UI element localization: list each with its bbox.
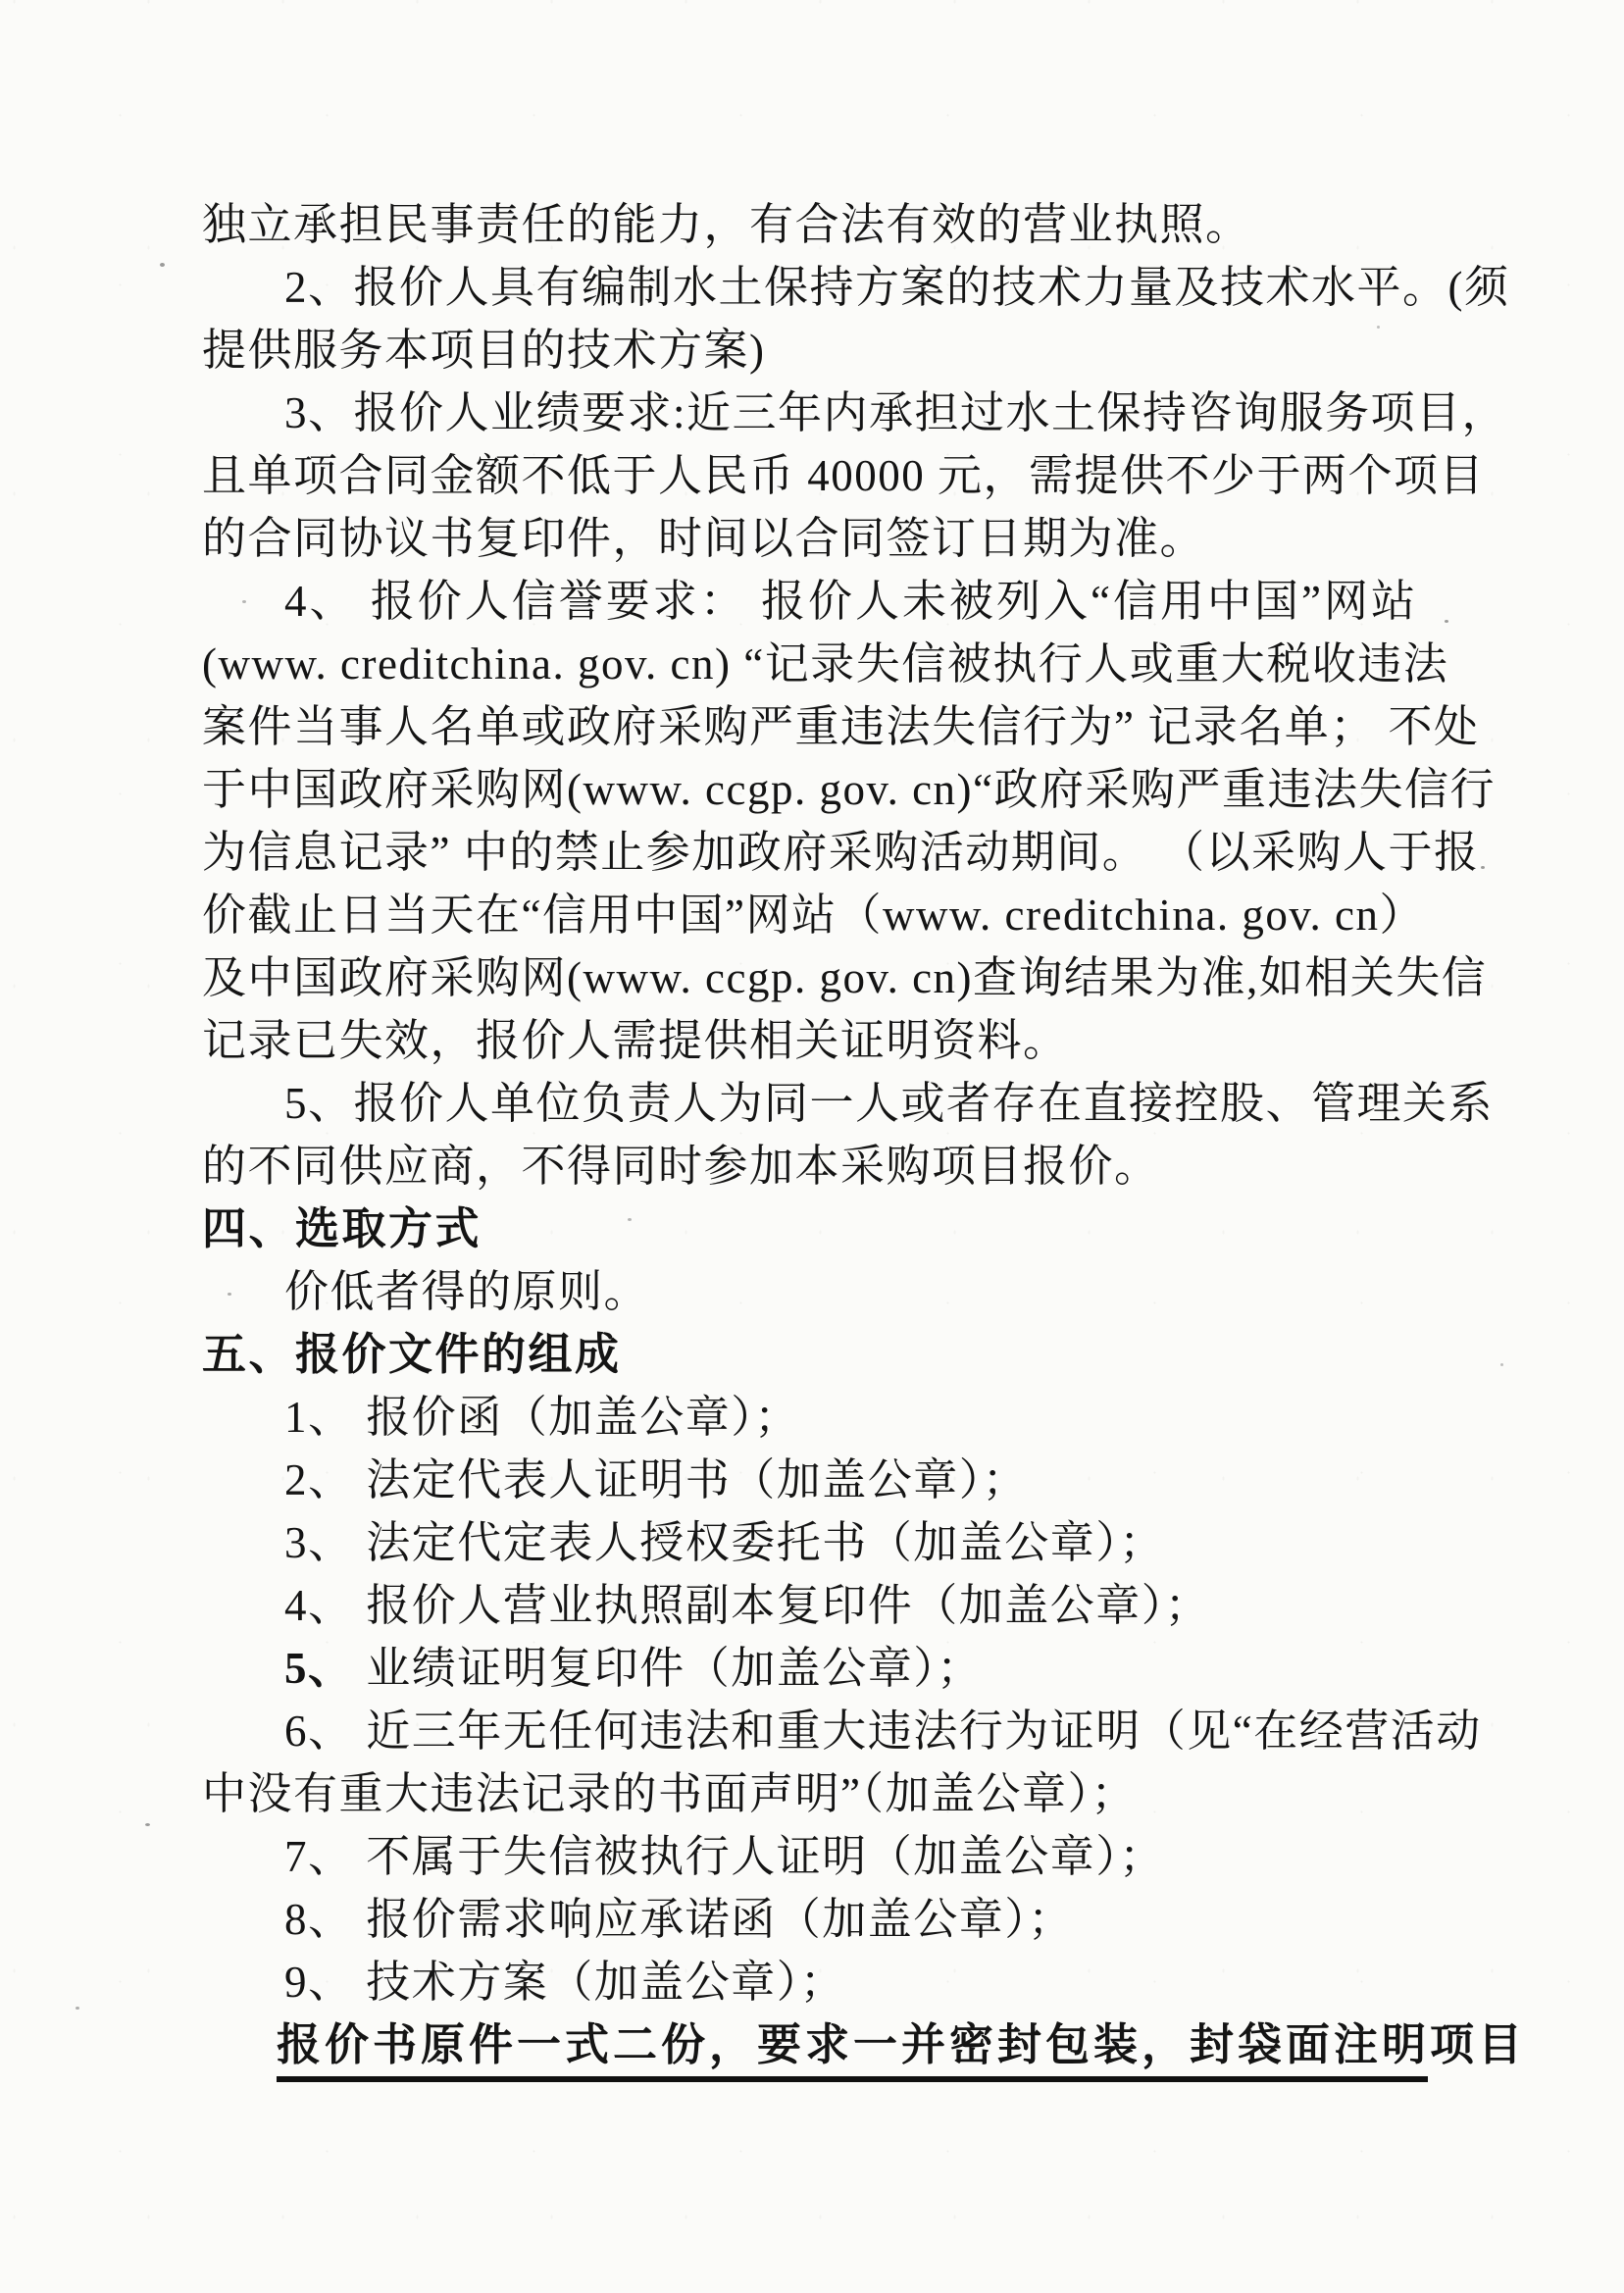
doc-line: 7、 不属于失信被执行人证明（加盖公章）； xyxy=(202,1825,1428,1888)
doc-line: 案件当事人名单或政府采购严重违法失信行为” 记录名单； 不处 xyxy=(202,695,1428,758)
scan-speck xyxy=(76,2007,79,2010)
doc-line: 及中国政府采购网(www. ccgp. gov. cn)查询结果为准,如相关失信 xyxy=(202,946,1428,1009)
scan-speck xyxy=(1481,866,1485,869)
doc-line: 4、 报价人营业执照副本复印件（加盖公章）； xyxy=(202,1574,1428,1637)
sealed-package-notice: 报价书原件一式二份，要求一并密封包装，封袋面注明项目 xyxy=(277,2013,1428,2082)
doc-line: 独立承担民事责任的能力，有合法有效的营业执照。 xyxy=(202,193,1428,256)
section-heading-quotation-documents: 五、报价文件的组成 xyxy=(202,1323,1428,1386)
doc-line: 2、 法定代表人证明书（加盖公章）； xyxy=(202,1449,1428,1511)
doc-line-number: 5、 xyxy=(284,1644,354,1693)
doc-line: 的不同供应商，不得同时参加本采购项目报价。 xyxy=(202,1135,1428,1197)
doc-line: 4、 报价人信誉要求： 报价人未被列入“信用中国”网站 xyxy=(202,570,1428,633)
doc-line: 5、报价人单位负责人为同一人或者存在直接控股、管理关系 xyxy=(202,1072,1428,1135)
doc-line: 中没有重大违法记录的书面声明”（加盖公章）； xyxy=(202,1762,1428,1825)
doc-line: 记录已失效，报价人需提供相关证明资料。 xyxy=(202,1009,1428,1072)
scan-speck xyxy=(145,1823,150,1826)
doc-line: 1、 报价函（加盖公章）； xyxy=(202,1386,1428,1449)
doc-line: 于中国政府采购网(www. ccgp. gov. cn)“政府采购严重违法失信行 xyxy=(202,758,1428,821)
doc-line: 3、报价人业绩要求:近三年内承担过水土保持咨询服务项目， xyxy=(202,382,1428,444)
doc-line: 价截止日当天在“信用中国”网站（www. creditchina. gov. c… xyxy=(202,884,1428,946)
doc-line: 2、报价人具有编制水土保持方案的技术力量及技术水平。(须 xyxy=(202,256,1428,319)
doc-line: 9、 技术方案（加盖公章）； xyxy=(202,1951,1428,2013)
scan-speck xyxy=(1500,1363,1503,1366)
doc-line: 为信息记录” 中的禁止参加政府采购活动期间。 （以采购人于报 xyxy=(202,821,1428,884)
doc-line: 且单项合同金额不低于人民币 40000 元，需提供不少于两个项目 xyxy=(202,444,1428,507)
doc-line: 提供服务本项目的技术方案) xyxy=(202,319,1428,382)
scan-speck xyxy=(160,263,165,267)
section-heading-selection-method: 四、选取方式 xyxy=(202,1197,1428,1260)
doc-line: 价低者得的原则。 xyxy=(202,1260,1428,1323)
doc-line: 3、 法定代定表人授权委托书（加盖公章）； xyxy=(202,1511,1428,1574)
doc-line-text: 业绩证明复印件（加盖公章）； xyxy=(354,1644,983,1693)
doc-line: 8、 报价需求响应承诺函（加盖公章）； xyxy=(202,1888,1428,1951)
doc-line: 的合同协议书复印件，时间以合同签订日期为准。 xyxy=(202,507,1428,570)
doc-line: 6、 近三年无任何违法和重大违法行为证明（见“在经营活动 xyxy=(202,1700,1428,1762)
document-text-block: 独立承担民事责任的能力，有合法有效的营业执照。 2、报价人具有编制水土保持方案的… xyxy=(202,193,1428,2082)
scan-speck xyxy=(228,1293,231,1296)
scan-speck xyxy=(1377,326,1380,329)
doc-line: (www. creditchina. gov. cn) “记录失信被执行人或重大… xyxy=(202,633,1428,695)
scanned-page-background: { "page": { "background_color": "#fbfbf9… xyxy=(0,0,1624,2293)
scan-speck xyxy=(628,1218,632,1221)
scan-speck xyxy=(1445,620,1448,623)
doc-line: 5、 业绩证明复印件（加盖公章）； xyxy=(202,1637,1428,1700)
scan-speck xyxy=(242,600,246,603)
